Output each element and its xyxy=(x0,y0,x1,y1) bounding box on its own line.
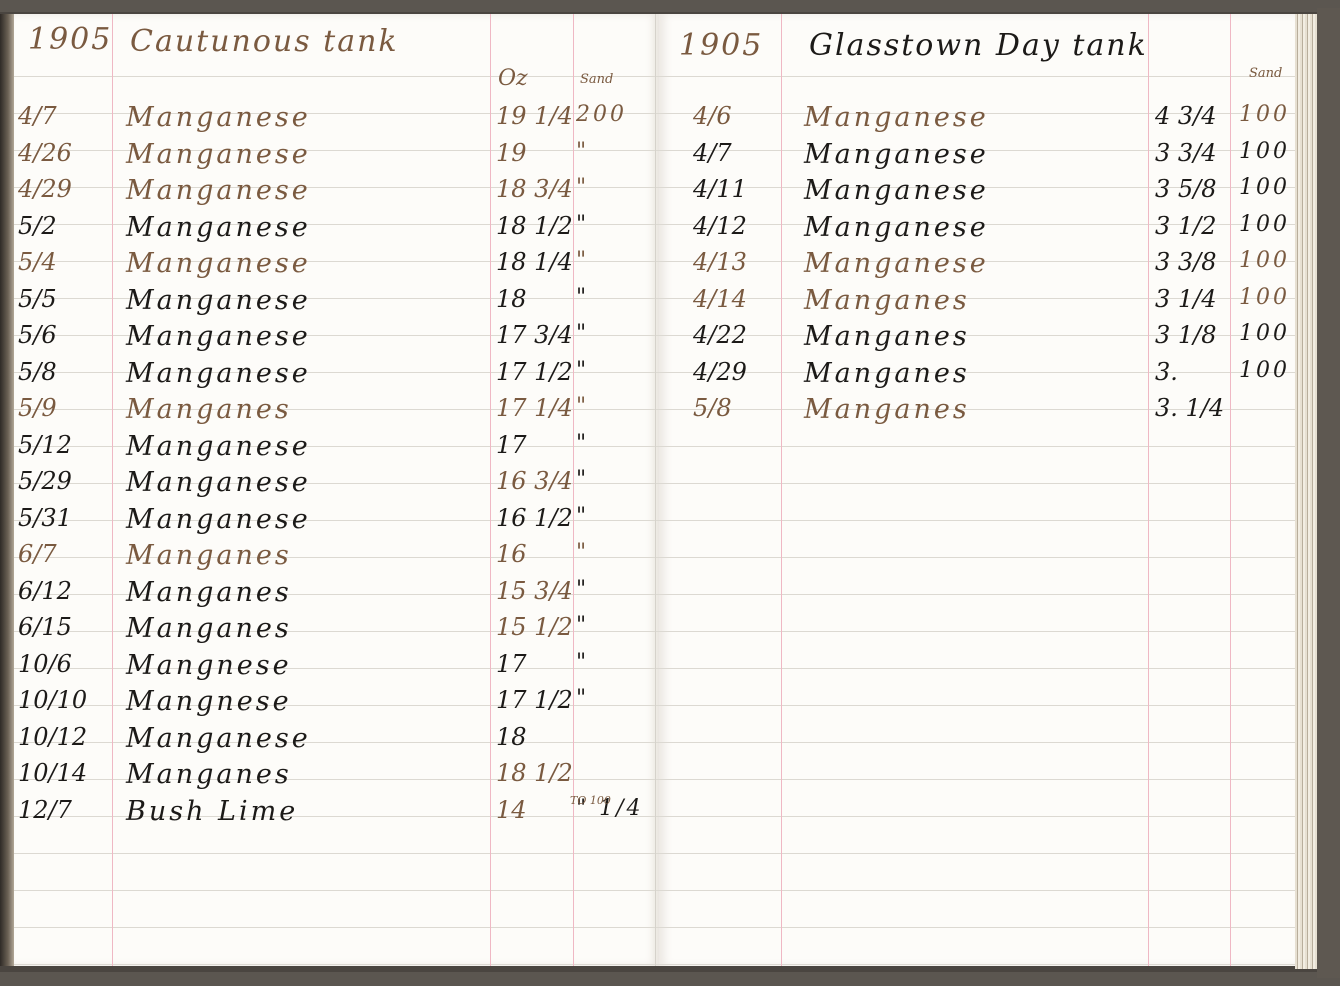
entry-oz: 17 xyxy=(496,650,527,678)
entry-date: 4/6 xyxy=(693,102,732,130)
entry-date: 10/12 xyxy=(18,723,87,751)
entry-item: Manganese xyxy=(126,212,311,243)
entry-oz: 19 1/4 xyxy=(496,102,573,130)
entry-sand: " xyxy=(576,175,589,200)
entry-oz: 17 1/2 xyxy=(496,686,573,714)
entry-oz: 3 1/8 xyxy=(1155,321,1217,349)
entry-sand: " xyxy=(576,248,589,273)
entry-item: Manganese xyxy=(126,431,311,462)
entry-oz: 18 1/4 xyxy=(496,248,573,276)
entry-sand: 100 xyxy=(1239,358,1290,383)
entry-sand: " xyxy=(576,431,589,456)
ledger-row: 10/10Mangnese17 1/2" xyxy=(14,686,659,723)
entry-item: Manganese xyxy=(126,175,311,206)
ledger-row: 4/14Manganes3 1/4100 xyxy=(659,285,1295,322)
entry-item: Manganese xyxy=(804,175,989,206)
entry-item: Manganes xyxy=(126,613,292,644)
entry-item: Manganese xyxy=(126,358,311,389)
entry-item: Manganese xyxy=(804,248,989,279)
entry-sand: 200 xyxy=(576,102,627,127)
entry-oz: 16 3/4 xyxy=(496,467,573,495)
entry-date: 5/6 xyxy=(18,321,57,349)
entry-oz: 3. 1/4 xyxy=(1155,394,1224,422)
entry-item: Manganes xyxy=(804,285,970,316)
entry-item: Mangnese xyxy=(126,650,292,681)
ledger-row: 12/7Bush Lime14" 1/4 xyxy=(14,796,659,833)
ledger-row: 4/29Manganes3.100 xyxy=(659,358,1295,395)
entry-item: Manganes xyxy=(804,321,970,352)
entry-date: 5/2 xyxy=(18,212,57,240)
left-year: 1905 xyxy=(28,22,112,57)
entry-date: 4/22 xyxy=(693,321,747,349)
entry-date: 10/6 xyxy=(18,650,72,678)
entry-sand: " xyxy=(576,321,589,346)
ledger-row: 5/5Manganese18" xyxy=(14,285,659,322)
entry-date: 10/14 xyxy=(18,759,87,787)
ledger-row: 5/31Manganese16 1/2" xyxy=(14,504,659,541)
left-title: Cautunous tank xyxy=(130,24,399,59)
entry-date: 12/7 xyxy=(18,796,72,824)
entry-date: 5/5 xyxy=(18,285,57,313)
entry-sand: " xyxy=(576,139,589,164)
entry-date: 4/29 xyxy=(693,358,747,386)
entry-oz: 3 5/8 xyxy=(1155,175,1217,203)
entry-item: Manganes xyxy=(804,394,970,425)
ledger-row: 4/22Manganes3 1/8100 xyxy=(659,321,1295,358)
entry-oz: 15 1/2 xyxy=(496,613,573,641)
entry-date: 5/31 xyxy=(18,504,72,532)
entry-item: Manganes xyxy=(126,540,292,571)
entry-oz: 18 1/2 xyxy=(496,212,573,240)
sand-header: Sand xyxy=(580,72,613,87)
entry-sand: " xyxy=(576,686,589,711)
entry-oz: 18 xyxy=(496,723,527,751)
entry-item: Manganese xyxy=(804,139,989,170)
entry-oz: 16 1/2 xyxy=(496,504,573,532)
ledger-row: 4/13Manganese3 3/8100 xyxy=(659,248,1295,285)
entry-oz: 3 1/4 xyxy=(1155,285,1217,313)
entry-sand: " xyxy=(576,467,589,492)
ledger-row: 5/2Manganese18 1/2" xyxy=(14,212,659,249)
entry-item: Manganese xyxy=(126,248,311,279)
entry-oz: 3. xyxy=(1155,358,1178,386)
entry-date: 4/13 xyxy=(693,248,747,276)
entry-date: 6/12 xyxy=(18,577,72,605)
entry-date: 4/12 xyxy=(693,212,747,240)
entry-date: 10/10 xyxy=(18,686,87,714)
entry-sand: " xyxy=(576,212,589,237)
entry-sand: " xyxy=(576,650,589,675)
entry-oz: 17 3/4 xyxy=(496,321,573,349)
entry-date: 6/7 xyxy=(18,540,57,568)
entry-sand: " xyxy=(576,613,589,638)
oz-header: Oz xyxy=(498,66,528,91)
ledger-row: 5/12Manganese17" xyxy=(14,431,659,468)
entry-oz: 19 xyxy=(496,139,527,167)
entry-date: 4/14 xyxy=(693,285,747,313)
entry-oz: 3 1/2 xyxy=(1155,212,1217,240)
entry-oz: 14 xyxy=(496,796,527,824)
entry-sand: " xyxy=(576,358,589,383)
entry-item: Manganese xyxy=(126,723,311,754)
entry-item: Manganese xyxy=(126,504,311,535)
ledger-row: 5/4Manganese18 1/4" xyxy=(14,248,659,285)
right-year: 1905 xyxy=(679,28,763,63)
page-edges xyxy=(1295,14,1317,969)
entry-date: 5/8 xyxy=(18,358,57,386)
entry-item: Manganes xyxy=(126,759,292,790)
entry-date: 4/7 xyxy=(18,102,57,130)
entry-sand: 100 xyxy=(1239,321,1290,346)
entry-sand: 100 xyxy=(1239,102,1290,127)
entry-oz: 18 xyxy=(496,285,527,313)
entry-item: Manganes xyxy=(126,394,292,425)
entry-sand: " xyxy=(576,394,589,419)
entry-item: Manganese xyxy=(804,212,989,243)
entry-item: Bush Lime xyxy=(126,796,298,827)
entry-sand: 100 xyxy=(1239,248,1290,273)
entry-oz: 15 3/4 xyxy=(496,577,573,605)
entry-item: Mangnese xyxy=(126,686,292,717)
entry-sand: 100 xyxy=(1239,285,1290,310)
entry-oz: 18 1/2 xyxy=(496,759,573,787)
ledger-row: 5/8Manganes3. 1/4 xyxy=(659,394,1295,431)
entry-item: Manganese xyxy=(126,139,311,170)
ledger-row: 10/14Manganes18 1/2 xyxy=(14,759,659,796)
entry-date: 5/29 xyxy=(18,467,72,495)
entry-oz: 17 1/4 xyxy=(496,394,573,422)
entry-oz: 18 3/4 xyxy=(496,175,573,203)
ledger-row: 6/12Manganes15 3/4" xyxy=(14,577,659,614)
entry-oz: 3 3/8 xyxy=(1155,248,1217,276)
right-page: 1905 Glasstown Day tank Sand 4/6Manganes… xyxy=(659,14,1295,966)
annotation-note: TO 100 xyxy=(570,794,611,807)
ledger-row: 4/6Manganese4 3/4100 xyxy=(659,102,1295,139)
book-cover-edge xyxy=(1317,8,1340,978)
ledger-row: 10/6Mangnese17" xyxy=(14,650,659,687)
entry-item: Manganese xyxy=(126,467,311,498)
entry-date: 5/12 xyxy=(18,431,72,459)
ledger-row: 5/6Manganese17 3/4" xyxy=(14,321,659,358)
entry-item: Manganese xyxy=(126,321,311,352)
left-page: 1905 Cautunous tank Oz Sand 4/7Manganese… xyxy=(14,14,659,966)
entry-item: Manganese xyxy=(804,102,989,133)
entry-oz: 3 3/4 xyxy=(1155,139,1217,167)
entry-sand: " xyxy=(576,577,589,602)
ledger-row: 6/15Manganes15 1/2" xyxy=(14,613,659,650)
entry-sand: " xyxy=(576,504,589,529)
entry-oz: 17 1/2 xyxy=(496,358,573,386)
ledger-row: 4/12Manganese3 1/2100 xyxy=(659,212,1295,249)
entry-item: Manganese xyxy=(126,285,311,316)
entry-date: 4/11 xyxy=(693,175,747,203)
ledger-row: 4/11Manganese3 5/8100 xyxy=(659,175,1295,212)
entry-date: 4/7 xyxy=(693,139,732,167)
sand-header: Sand xyxy=(1249,66,1282,81)
ledger-row: 6/7Manganes16" xyxy=(14,540,659,577)
ledger-row: 4/29Manganese18 3/4" xyxy=(14,175,659,212)
entry-sand: 100 xyxy=(1239,139,1290,164)
entry-sand: 100 xyxy=(1239,212,1290,237)
ledger-row: 4/7Manganese19 1/4200 xyxy=(14,102,659,139)
entry-date: 5/8 xyxy=(693,394,732,422)
right-title: Glasstown Day tank xyxy=(809,28,1148,63)
entry-oz: 17 xyxy=(496,431,527,459)
ledger-row: 10/12Manganese18 xyxy=(14,723,659,760)
entry-sand: " xyxy=(576,285,589,310)
entry-item: Manganese xyxy=(126,102,311,133)
ledger-row: 4/26Manganese19" xyxy=(14,139,659,176)
ledger-row: 5/9Manganes17 1/4" xyxy=(14,394,659,431)
ledger-row: 4/7Manganese3 3/4100 xyxy=(659,139,1295,176)
entry-sand: " xyxy=(576,540,589,565)
entry-date: 4/29 xyxy=(18,175,72,203)
entry-item: Manganes xyxy=(126,577,292,608)
entry-oz: 16 xyxy=(496,540,527,568)
entry-date: 4/26 xyxy=(18,139,72,167)
entry-oz: 4 3/4 xyxy=(1155,102,1217,130)
entry-date: 5/9 xyxy=(18,394,57,422)
entry-date: 6/15 xyxy=(18,613,72,641)
entry-sand: 100 xyxy=(1239,175,1290,200)
ledger-row: 5/8Manganese17 1/2" xyxy=(14,358,659,395)
entry-date: 5/4 xyxy=(18,248,57,276)
ledger-row: 5/29Manganese16 3/4" xyxy=(14,467,659,504)
entry-item: Manganes xyxy=(804,358,970,389)
